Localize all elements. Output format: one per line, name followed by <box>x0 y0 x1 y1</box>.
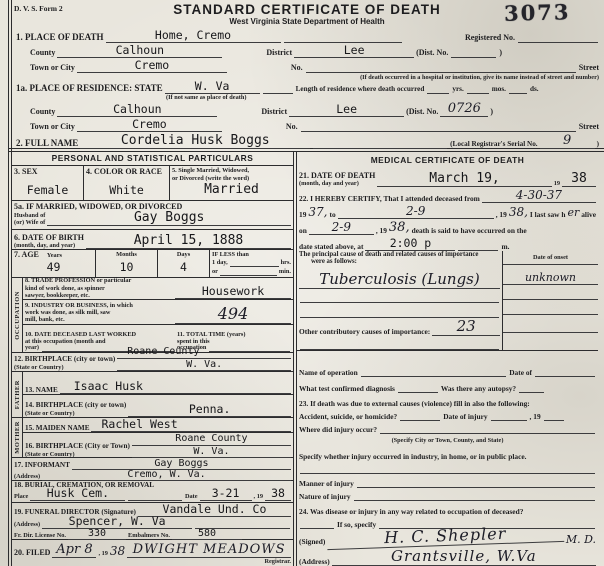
hrs-label: hrs. <box>281 260 291 267</box>
funeral-director-field: 19. FUNERAL DIRECTOR (Signature) Vandale… <box>12 503 293 540</box>
external-causes-field: 23. If death was due to external causes … <box>297 393 598 408</box>
date-of-death-field: 21. DATE OF DEATH (month, day and year) … <box>297 167 598 187</box>
certificate-number-stamp: 3073 <box>503 0 570 26</box>
specify-injury-label: Specify whether injury occurred in indus… <box>299 452 526 461</box>
min-label: min. <box>279 269 291 276</box>
where-injury-label: Where did injury occur? <box>299 425 377 434</box>
min-blank <box>220 274 277 276</box>
operation-date-label: Date of <box>509 368 532 377</box>
wife-of-label: (or) Wife of <box>14 219 45 226</box>
medical-header: MEDICAL CERTIFICATE OF DEATH <box>297 153 598 167</box>
autopsy-blank <box>519 391 544 393</box>
to-label: to <box>329 210 335 219</box>
mother-side-label: MOTHER <box>14 421 21 454</box>
form-number: D. V. S. Form 2 <box>14 4 63 13</box>
industry-value: 494 <box>175 304 291 324</box>
mother-birthplace-value-1: Roane County <box>132 433 291 446</box>
or-label: or <box>212 269 218 276</box>
race-field: 4. COLOR OR RACE White <box>84 166 170 200</box>
certify-statement: 22. I HEREBY CERTIFY, That I attended de… <box>297 187 598 251</box>
yrs-blank <box>427 92 449 94</box>
filed-registrar-signature: DWIGHT MEADOWS <box>127 543 291 558</box>
operation-field: Name of operation Date of <box>297 351 598 377</box>
serial-no-label: (Local Registrar's Serial No. <box>450 141 537 149</box>
marital-field: 5. Single Married, Widowed, or Divorced … <box>170 166 293 200</box>
residence-state-value: W. Va <box>165 80 260 94</box>
mother-group: MOTHER 15. MAIDEN NAME Rachel West 16. B… <box>12 418 293 458</box>
m-label: m. <box>501 242 509 251</box>
trade-value: Housework <box>175 284 291 299</box>
mother-birthplace-sublabel: (State or Country) <box>25 451 130 458</box>
specify-injury-field: Specify whether injury occurred in indus… <box>297 444 598 461</box>
date-of-onset-header: Date of onset <box>503 251 598 265</box>
filed-year-prefix: , 19 <box>98 551 107 558</box>
funeral-address-value: Spencer, W. Va <box>42 515 192 529</box>
residence-street-no-label: No. <box>286 123 298 132</box>
injury-date-blank <box>491 419 527 421</box>
dob-value: April 15, 1888 <box>86 233 291 249</box>
embalmer-no-value: 580 <box>172 528 242 540</box>
nature-label: Nature of injury <box>299 492 351 501</box>
age-years-value: 49 <box>14 260 93 276</box>
dob-label: 6. DATE OF BIRTH <box>14 233 84 242</box>
burial-date-label: Date <box>185 494 198 501</box>
ds-label: ds. <box>530 86 539 94</box>
external-causes-label: 23. If death was due to external causes … <box>299 399 530 408</box>
length-residence-label: Length of residence where death occurred <box>296 86 425 94</box>
race-value: White <box>86 183 167 199</box>
burial-place-label: Place <box>14 494 28 501</box>
nature-field: Nature of injury <box>297 488 598 501</box>
town-label: Town or City <box>30 64 75 73</box>
blank-onset-line <box>503 300 598 315</box>
contributory-value: 23 <box>432 317 500 336</box>
birthplace-value-1: Roane County <box>117 346 291 359</box>
residence-dist-no-value: 0726 <box>440 102 488 117</box>
sex-label: 3. SEX <box>14 167 81 176</box>
informant-address-label: (Address) <box>14 474 40 481</box>
mother-birthplace-label: 16. BIRTHPLACE (City or Town) <box>25 442 130 450</box>
accident-label: Accident, suicide, or homicide? <box>299 412 397 421</box>
medical-certificate-column: MEDICAL CERTIFICATE OF DEATH 21. DATE OF… <box>297 153 604 566</box>
birthplace-value-2: W. Va. <box>117 359 291 372</box>
county-value: Calhoun <box>57 44 222 58</box>
residence-county-value: Calhoun <box>57 103 217 117</box>
test-label: What test confirmed diagnosis <box>299 384 395 393</box>
where-injury-note: (Specify City or Town, County, and State… <box>392 437 504 444</box>
residence-district-label: District <box>261 108 287 117</box>
mother-birthplace-value-2: W. Va. <box>132 446 291 459</box>
date-stated-label: date stated above, at <box>299 242 363 251</box>
dist-no-blank <box>451 56 496 58</box>
residence-note: (If not same as place of death) <box>166 95 246 102</box>
alive-label: alive <box>581 210 596 219</box>
document-header: D. V. S. Form 2 STANDARD CERTIFICATE OF … <box>14 2 600 28</box>
paren: ) <box>597 141 599 149</box>
manner-field: Manner of injury <box>297 474 598 488</box>
filed-date-value: Apr 8 <box>52 543 96 558</box>
informant-address-value: Cremo, W. Va. <box>42 469 291 481</box>
yrs-label: yrs. <box>452 86 463 94</box>
from-year-value: 37, <box>308 205 327 219</box>
father-birthplace-value: Penna. <box>128 402 291 417</box>
nature-blank <box>354 499 595 501</box>
attended-from-value: 4-30-37 <box>482 188 596 203</box>
last-worked-label-3: year) <box>25 345 39 352</box>
residence-street-label: Street <box>579 123 599 132</box>
contributory-label: Other contributory causes of importance: <box>299 327 430 336</box>
signed-label: (Signed) <box>299 537 325 546</box>
dod-year-prefix: 19 <box>554 180 560 187</box>
marital-label-1: 5. Single Married, Widowed, <box>172 167 291 174</box>
certify-lead: 22. I HEREBY CERTIFY, That I attended de… <box>299 194 480 203</box>
place-of-death-section: 1. PLACE OF DEATH Home, Cremo Registered… <box>16 28 599 82</box>
burial-field: 18. BURIAL, CREMATION, OR REMOVAL Place … <box>12 481 293 503</box>
mother-maiden-label: 15. MAIDEN NAME <box>25 424 89 432</box>
year-prefix: , 19 <box>376 226 387 235</box>
injury-date-label: Date of injury <box>443 412 487 421</box>
informant-field: 17. INFORMANT Gay Boggs (Address) Cremo,… <box>12 458 293 481</box>
marital-value: Married <box>172 182 291 199</box>
father-group: FATHER 13. NAME Isaac Husk 14. BIRTHPLAC… <box>12 372 293 418</box>
father-name-value: Isaac Husk <box>60 379 291 394</box>
physician-address-value: Grantsville, W.Va <box>332 547 596 566</box>
accident-field: Accident, suicide, or homicide? Date of … <box>297 408 598 421</box>
physician-address-label: (Address) <box>299 557 330 566</box>
age-days-header: Days <box>160 251 207 258</box>
license-no-label: Fr. Dir. License No. <box>14 533 66 540</box>
father-birthplace-label: 14. BIRTHPLACE (city or town) <box>25 401 126 409</box>
trade-label-2: kind of work done, as spinner <box>25 285 173 292</box>
blank <box>128 499 182 501</box>
license-no-value: 330 <box>68 528 126 540</box>
district-value: Lee <box>294 44 414 58</box>
sex-field: 3. SEX Female <box>12 166 84 200</box>
last-saw-date-value: 2-9 <box>309 220 374 235</box>
paren: ) <box>490 108 493 117</box>
industry-label-1: 9. INDUSTRY OR BUSINESS, in which <box>25 302 173 309</box>
operation-date-blank <box>535 375 595 377</box>
birthplace-sublabel: (State or Country) <box>14 364 115 371</box>
father-birthplace-sublabel: (State or Country) <box>25 410 126 417</box>
personal-particulars-column: PERSONAL AND STATISTICAL PARTICULARS 3. … <box>12 153 293 566</box>
hrs-blank <box>230 265 279 267</box>
full-name-value: Cordelia Husk Boggs <box>80 134 310 149</box>
injury-year-prefix: , 19 <box>530 412 541 421</box>
age-label: 7. AGE <box>14 251 39 260</box>
age-months-value: 10 <box>98 260 155 276</box>
blank-contributory-line <box>300 348 499 350</box>
industry-label-3: mill, bank, etc. <box>25 316 173 323</box>
street-no-blank <box>306 71 576 73</box>
md-suffix: M. D. <box>566 533 596 546</box>
occupation-group: OCCUPATION 8. TRADE PROFESSION or partic… <box>12 278 293 353</box>
to-year-value: 38, <box>509 205 528 219</box>
last-worked-label-1: 10. DATE DECEASED LAST WORKED <box>25 331 175 338</box>
principal-cause-label-2: were as follows: <box>299 258 500 265</box>
accident-blank <box>400 419 440 421</box>
trade-label-3: sawyer, bookkeeper, etc. <box>25 292 173 299</box>
blank <box>313 147 447 149</box>
on-label: on <box>299 226 307 235</box>
burial-year-prefix: , 19 <box>254 494 263 501</box>
registered-no-blank <box>518 41 598 43</box>
year-prefix: , 19 <box>496 210 507 219</box>
husband-of-label: Husband of <box>14 212 45 219</box>
related-blank <box>300 527 334 529</box>
dist-no-label: (Dist. No. <box>416 49 448 58</box>
residence-section: 1a. PLACE OF RESIDENCE: STATE W. Va Leng… <box>16 79 599 149</box>
mos-label: mos. <box>492 86 506 94</box>
year-prefix: 19 <box>299 210 306 219</box>
occupation-side-label: OCCUPATION <box>14 291 21 340</box>
ds-blank <box>509 92 527 94</box>
filed-field: 20. FILED Apr 8 , 19 38 DWIGHT MEADOWS R… <box>12 540 293 566</box>
burial-year-value: 38 <box>265 487 291 501</box>
test-blank <box>398 391 438 393</box>
test-field: What test confirmed diagnosis Was there … <box>297 377 598 393</box>
death-certificate-document: D. V. S. Form 2 STANDARD CERTIFICATE OF … <box>0 0 604 566</box>
funeral-address-label: (Address) <box>14 522 40 529</box>
street-no-label: No. <box>291 64 303 73</box>
filed-label: 20. FILED <box>14 549 50 558</box>
industry-label-2: work was done, as silk mill, saw <box>25 309 173 316</box>
burial-date-value: 3-21 <box>200 487 252 501</box>
related-occupation-field: 24. Was disease or injury in any way rel… <box>297 501 598 516</box>
burial-place-value: Husk Cem. <box>30 487 125 501</box>
total-time-label-1: 11. TOTAL TIME (years) <box>177 331 291 338</box>
related-occupation-label: 24. Was disease or injury in any way rel… <box>299 507 523 516</box>
onset-value: unknown <box>525 271 576 284</box>
if-less-label-1: IF LESS than <box>212 251 291 258</box>
time-of-death-value: 2:00 p <box>365 236 455 251</box>
sex-value: Female <box>14 183 81 199</box>
operation-label: Name of operation <box>299 368 358 377</box>
birthplace-label: 12. BIRTHPLACE (city or town) <box>14 355 115 363</box>
mother-maiden-value: Rachel West <box>91 417 291 432</box>
town-value: Cremo <box>77 59 227 73</box>
manner-label: Manner of injury <box>299 479 354 488</box>
date-of-death-value: March 19, <box>377 171 551 187</box>
manner-blank <box>357 486 595 488</box>
her-handwritten: er <box>567 206 579 219</box>
last-saw-label: I last saw h <box>530 210 566 219</box>
age-days-value: 4 <box>160 260 207 276</box>
last-saw-year-value: 38, <box>389 220 410 235</box>
serial-no-value: 9 <box>540 134 595 149</box>
dob-sublabel: (month, day, and year) <box>14 242 84 249</box>
date-of-death-sublabel: (month, day and year) <box>299 180 375 187</box>
father-name-label: 13. NAME <box>25 386 58 394</box>
embalmer-no-label: Embalmers No. <box>128 533 170 540</box>
blank-line <box>284 41 402 43</box>
cause-of-death-area: The principal cause of death and related… <box>297 251 598 351</box>
full-name-label: 2. FULL NAME <box>16 139 78 149</box>
district-label: District <box>266 49 292 58</box>
residence-town-value: Cremo <box>77 118 222 132</box>
residence-town-label: Town or City <box>30 123 75 132</box>
signed-field: (Signed) H. C. Shepler M. D. <box>297 529 598 546</box>
death-occurred-label: death is said to have occurred on the <box>412 226 527 235</box>
injury-year-blank <box>544 419 564 421</box>
autopsy-label: Was there any autopsy? <box>441 384 516 393</box>
registered-no-label: Registered No. <box>465 34 515 43</box>
principal-cause-label-1: The principal cause of death and related… <box>299 251 500 258</box>
marital-label-2: or Divorced (write the word) <box>172 175 291 182</box>
operation-blank <box>361 375 507 377</box>
cause-of-death-value: Tuberculosis (Lungs) <box>299 270 500 289</box>
residence-dist-no-label: (Dist. No. <box>406 108 438 117</box>
blank-onset-line <box>503 333 598 350</box>
race-label: 4. COLOR OR RACE <box>86 167 167 176</box>
age-years-header: Years <box>47 253 62 260</box>
blank-onset-line <box>503 315 598 333</box>
residence-district-value: Lee <box>289 103 404 117</box>
specify-injury-blank <box>300 472 595 474</box>
place-of-death-label: 1. PLACE OF DEATH <box>16 33 104 43</box>
personal-header: PERSONAL AND STATISTICAL PARTICULARS <box>12 153 293 166</box>
county-label: County <box>30 49 55 58</box>
blank <box>263 92 293 94</box>
mos-blank <box>467 92 489 94</box>
dod-year-value: 38 <box>562 171 596 187</box>
where-injury-field: Where did injury occur? <box>297 421 598 434</box>
place-of-death-value: Home, Cremo <box>106 29 281 43</box>
residence-county-label: County <box>30 108 55 117</box>
filed-year-value: 38 <box>110 545 125 558</box>
residence-street-no-blank <box>301 130 576 132</box>
age-months-header: Months <box>98 251 155 258</box>
street-label: Street <box>579 64 599 73</box>
if-less-label-2: 1 day, <box>212 260 228 267</box>
age-row: 7. AGE Years 49 Months 10 Days 4 IF LESS… <box>12 250 293 278</box>
registrar-label: Registrar. <box>264 559 291 566</box>
blank-onset-line <box>503 285 598 300</box>
father-side-label: FATHER <box>14 380 21 409</box>
attended-to-value: 2-9 <box>338 204 494 219</box>
residence-label: 1a. PLACE OF RESIDENCE: STATE <box>16 84 163 94</box>
trade-label-1: 8. TRADE PROFESSION or particular <box>25 277 173 284</box>
date-of-death-label: 21. DATE OF DEATH <box>299 171 375 180</box>
last-worked-label-2: at this occupation (month and <box>25 338 175 345</box>
where-injury-blank <box>380 432 595 434</box>
spouse-value: Gay Boggs <box>47 211 291 226</box>
where-injury-note-row: (Specify City or Town, County, and State… <box>297 434 598 444</box>
paren: ) <box>499 49 502 58</box>
